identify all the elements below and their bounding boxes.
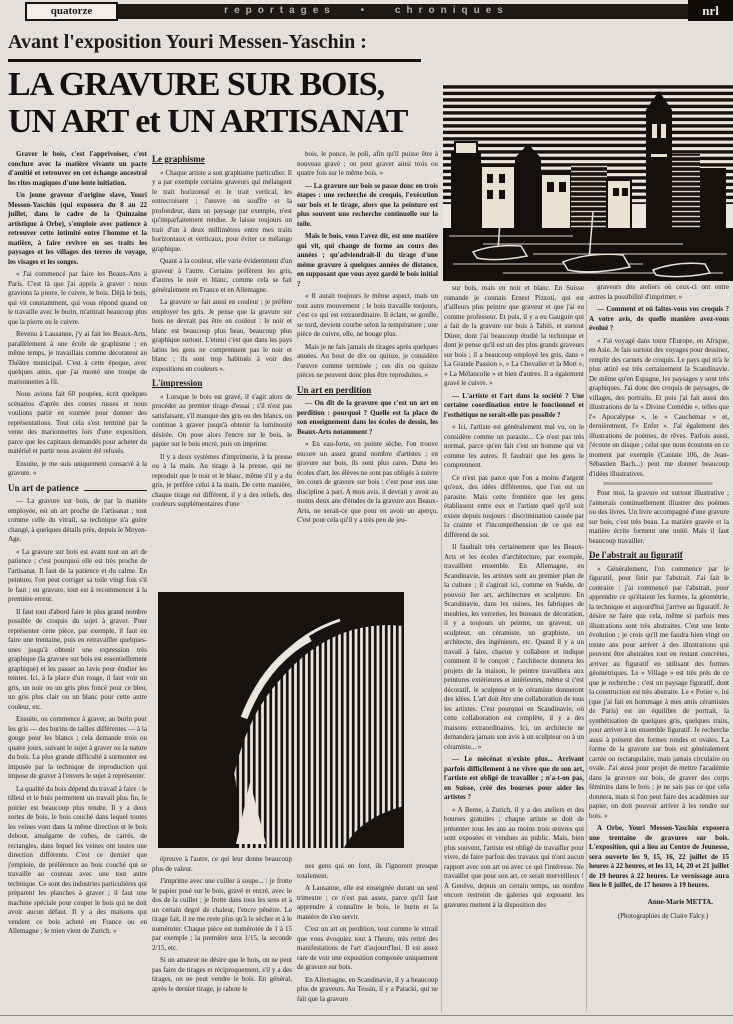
column-4: sur bois, mais en noir et blanc. En Suis… [444,284,584,1024]
paragraph: Mais le bois, vous l'avez dit, est une m… [297,232,438,289]
brand-label: nrl [688,0,733,21]
paragraph: « Lorsque le bois est gravé, il s'agit a… [152,393,292,450]
paragraph: — Comment et où faites-vous vos croquis … [589,305,729,334]
section-heading-un-art-en-perdition: Un art en perdition [297,386,438,396]
article-title: LA GRAVURE SUR BOIS, UN ART et UN ARTISA… [8,66,448,140]
byline: Anne-Marie METTA. [589,898,729,908]
woodcut-village-image [443,84,733,281]
paragraph: Il y a deux systèmes d'imprimerie, à la … [152,453,292,510]
paragraph: — Le mécénat n'existe plus... Arrivant p… [444,755,584,803]
paragraph: La gravure se fait aussi en couleur ; je… [152,298,292,374]
newspaper-page: reportages • chroniques quatorze nrl Ava… [0,0,733,1024]
column-3: bois, le ponce, le poli, afin qu'il puis… [297,150,438,590]
paragraph: sur bois, mais en noir et blanc. En Suis… [444,284,584,389]
paragraph: Si un amateur ne désire que le bois, on … [152,956,292,994]
masthead-center-label: reportages • chroniques [25,5,708,16]
section-heading-le-graphisme: Le graphisme [152,155,292,165]
paragraph: A Orbe, Youri Messen-Yaschin exposera un… [589,824,729,891]
paragraph: « La gravure sur bois est avant tout un … [8,548,147,605]
column-rule-2 [586,300,587,1012]
column-2-continued: épreuve à l'autre, ce qui leur donne bea… [152,855,292,1024]
column-rule-1 [441,300,442,1012]
article-title-line-1: LA GRAVURE SUR BOIS, [8,66,448,103]
paragraph: bois, le ponce, le poli, afin qu'il puis… [297,150,438,179]
paragraph: Pour moi, la gravure est surtout illustr… [589,489,729,546]
section-heading-un-art-de-patience: Un art de patience [8,484,147,494]
woodcut-figure-print [158,592,404,848]
church-tower [646,91,672,230]
column-5: graveurs des ateliers où ceux-ci ont ent… [589,283,729,1024]
paragraph: Mais je ne fais jamais de tirages après … [297,343,438,381]
column-3-continued: nes gens qui en font, ils l'ignorent pre… [297,862,438,1024]
ink-smudge [603,482,713,485]
paragraph: A Lausanne, elle est enseignée durant un… [297,884,438,922]
kicker-rule [8,59,421,62]
paragraph: Il faudrait très certainement que les Be… [444,543,584,752]
paragraph: — L'artiste et l'art dans la société ? U… [444,392,584,421]
paragraph: « Ici, l'artiste est généralement mal vu… [444,423,584,471]
paragraph: graveurs des ateliers où ceux-ci ont ent… [589,283,729,302]
woodcut-figure-image [158,592,404,848]
page-number-label: quatorze [25,2,118,21]
paragraph: — La gravure sur bois, de par la matière… [8,497,147,545]
bottom-rule [0,1015,733,1016]
paragraph: Nous avions fait 60 poupées, écrit quelq… [8,390,147,457]
paragraph: « Généralement, l'on commence par le fig… [589,565,729,822]
paragraph: — On dit de la gravure que c'est un art … [297,399,438,437]
paragraph: « A Berne, à Zurich, il y a des ateliers… [444,806,584,911]
paragraph: « J'ai voyagé dans toute l'Europe, en Af… [589,337,729,480]
section-heading-de-l-abstrait-au-figuratif: De l'abstrait au figuratif [589,551,729,561]
paragraph: « Chaque artiste a son graphisme particu… [152,169,292,255]
column-1: Graver le bois, c'est l'apprivoiser, c'e… [8,150,147,1014]
photo-credit: (Photographies de Claire Falcy.) [589,912,729,922]
woodcut-village-print [443,84,733,281]
column-2: Le graphisme « Chaque artiste a son grap… [152,150,292,590]
paragraph: En Allemagne, en Scandinavie, il y a bea… [297,976,438,1005]
paragraph: Il faut tout d'abord faire le plus grand… [8,608,147,713]
masthead-bar: reportages • chroniques [25,4,708,19]
paragraph: Ensuite, on commence à graver, au burin … [8,715,147,782]
paragraph: — La gravure sur bois se passe donc en t… [297,182,438,230]
paragraph: J'imprime avec une cuiller à soupe... : … [152,877,292,953]
paragraph: Un jeune graveur d'origine slave, Youri … [8,191,147,267]
paragraph: Revenu à Lausanne, j'y ai fait les Beaux… [8,330,147,387]
paragraph: « En eau-forte, en pointe sèche, l'on tr… [297,440,438,526]
article-kicker: Avant l'exposition Youri Messen-Yaschin … [8,31,367,54]
paragraph: nes gens qui en font, ils l'ignorent pre… [297,862,438,881]
paragraph: Graver le bois, c'est l'apprivoiser, c'e… [8,150,147,188]
section-heading-l-impression: L'impression [152,379,292,389]
paragraph: Ce n'est pas parce que l'on a moins d'ar… [444,474,584,541]
paragraph: « J'ai commencé par faire les Beaux-Arts… [8,270,147,327]
paragraph: « Il aurait toujours le même aspect, mai… [297,292,438,340]
paragraph: La qualité du bois dépend du travail à f… [8,785,147,937]
article-title-line-2: UN ART et UN ARTISANAT [8,103,448,140]
paragraph: épreuve à l'autre, ce qui leur donne bea… [152,855,292,874]
paragraph: C'est un art en perdition, tout comme le… [297,925,438,973]
paragraph: Quant à la couleur, elle varie évidemmen… [152,257,292,295]
paragraph: Ensuite, je me suis uniquement consacré … [8,460,147,479]
